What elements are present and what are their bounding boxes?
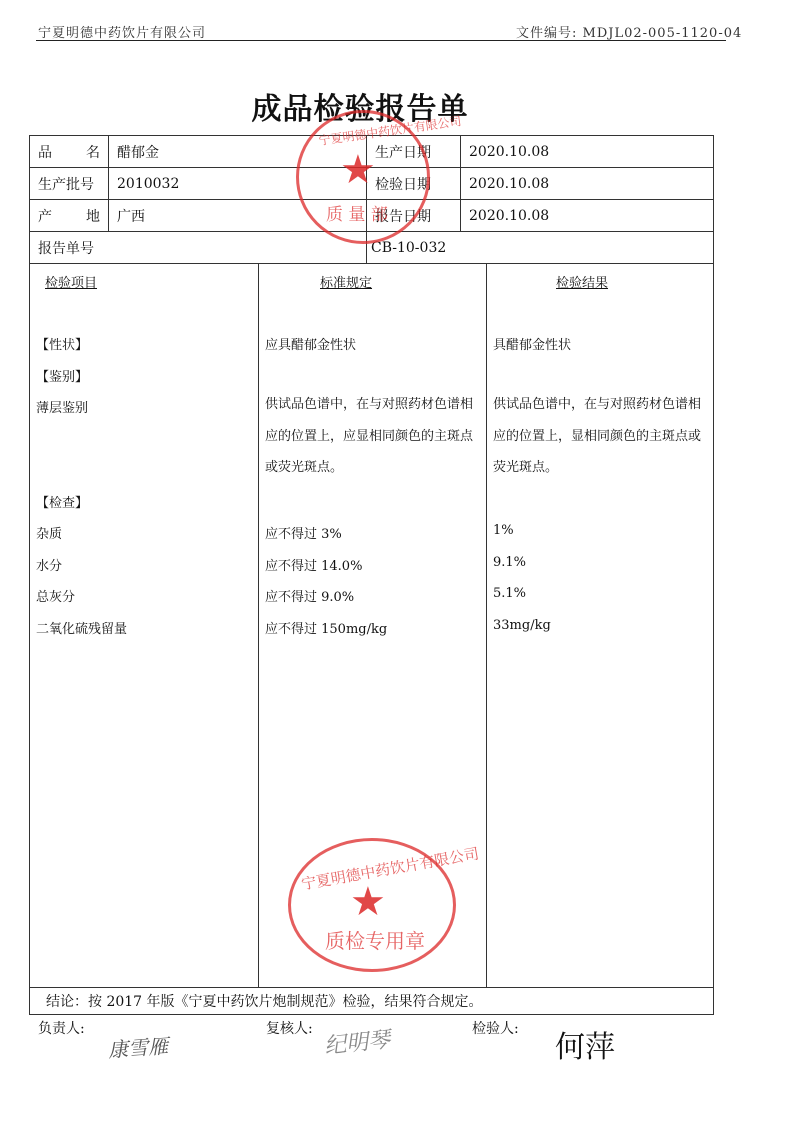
document-number: 文件编号: MDJL02-005-1120-04 <box>516 22 742 41</box>
report-date-value: 2020.10.08 <box>460 199 714 232</box>
product-name-label: 品 名 <box>29 135 109 168</box>
production-date-value: 2020.10.08 <box>460 135 714 168</box>
item-moisture: 水分 <box>36 555 62 574</box>
result-appearance: 具醋郁金性状 <box>493 334 571 353</box>
item-so2-residue: 二氧化硫残留量 <box>36 618 127 637</box>
star-icon: ★ <box>340 150 376 190</box>
standard-impurity: 应不得过 3% <box>265 523 342 542</box>
standard-column-header: 标准规定 <box>320 272 372 291</box>
standard-appearance: 应具醋郁金性状 <box>265 334 356 353</box>
responsible-signature: 康雪雁 <box>107 1030 169 1063</box>
item-impurity: 杂质 <box>36 523 62 542</box>
result-total-ash: 5.1% <box>493 586 526 601</box>
label-char: 产 <box>38 206 52 226</box>
item-tlc: 薄层鉴别 <box>36 397 88 416</box>
standard-tlc: 供试品色谱中，在与对照药材色谱相应的位置上，应显相同颜色的主斑点或荧光斑点。 <box>265 389 483 484</box>
company-header: 宁夏明德中药饮片有限公司 <box>38 22 206 41</box>
result-column-header: 检验结果 <box>556 272 608 291</box>
reviewer-signature: 纪明琴 <box>323 1023 392 1061</box>
reviewer-label: 复核人: <box>266 1018 313 1038</box>
standard-total-ash: 应不得过 9.0% <box>265 586 354 605</box>
label-char: 名 <box>86 142 100 162</box>
item-column-header: 检验项目 <box>45 272 97 291</box>
responsible-label: 负责人: <box>38 1018 85 1038</box>
conclusion: 结论：按 2017 年版《宁夏中药饮片炮制规范》检验，结果符合规定。 <box>29 987 714 1015</box>
stamp-center-text: 质 量 部 <box>326 200 388 225</box>
result-moisture: 9.1% <box>493 555 526 570</box>
item-appearance: 【性状】 <box>36 334 88 353</box>
stamp-center-text: 质检专用章 <box>325 925 425 954</box>
inspector-label: 检验人: <box>472 1018 519 1038</box>
inspector-signature: 何萍 <box>555 1022 615 1066</box>
report-no-value: CB-10-032 <box>366 231 714 264</box>
batch-label: 生产批号 <box>29 167 109 200</box>
standard-moisture: 应不得过 14.0% <box>265 555 362 574</box>
result-tlc: 供试品色谱中，在与对照药材色谱相应的位置上，显相同颜色的主斑点或荧光斑点。 <box>493 389 711 484</box>
standard-so2-residue: 应不得过 150mg/kg <box>265 618 387 637</box>
result-impurity: 1% <box>493 523 514 538</box>
header-divider <box>36 40 726 41</box>
star-icon: ★ <box>350 882 386 922</box>
label-char: 品 <box>38 142 52 162</box>
item-check: 【检查】 <box>36 492 88 511</box>
origin-label: 产 地 <box>29 199 109 232</box>
result-so2-residue: 33mg/kg <box>493 618 551 633</box>
item-identification: 【鉴别】 <box>36 366 88 385</box>
report-no-label: 报告单号 <box>29 231 367 264</box>
item-total-ash: 总灰分 <box>36 586 75 605</box>
label-char: 地 <box>86 206 100 226</box>
inspection-date-value: 2020.10.08 <box>460 167 714 200</box>
